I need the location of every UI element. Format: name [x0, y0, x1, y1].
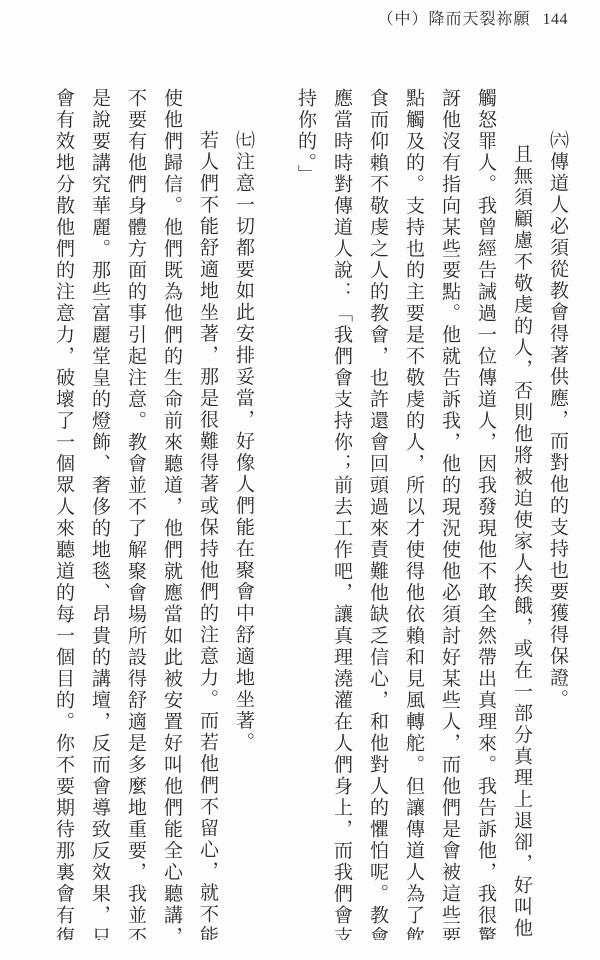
- text-column: 訝他沒有指向某些要點。他就告訴我，他的現況使他必須討好某些人，而他們是會被這些要: [436, 88, 463, 940]
- text-column: 應當時時對傳道人說：「我們會支持你；前去工作吧，讓真理澆灌在人們身上，而我們會支: [328, 88, 355, 940]
- text-column: 食而仰賴不敬虔之人的教會，也許還會回頭過來責難他缺乏信心，和他對人的懼怕呢。教會: [364, 88, 391, 940]
- text-column: 使他們歸信。他們既為他們的生命前來聽道，他們就應當如此被安置好叫他們能全心聽講，: [158, 88, 185, 940]
- text-column: 是說要講究華麗。那些富麗堂皇的燈飾、奢侈的地毯、昂貴的講壇，反而會導致反效果，只: [86, 88, 113, 940]
- text-column: 觸怒罪人。我曾經告誡過一位傳道人，因我發現他不敢全然帶出真理來。我告訴他，我很驚: [472, 88, 499, 940]
- book-page: （中）降而天裂祢願 144 ㈥傳道人必須從教會得著供應，而對他的支持也要獲得保證…: [0, 0, 600, 960]
- text-column: 會有效地分散他們的注意力，破壞了一個眾人來聽道的每一個目的。你不要期待那裏會有復: [50, 88, 77, 940]
- page-number: 144: [543, 11, 569, 29]
- text-column: 點觸及的。支持也的主要是不敬虔的人，所以才使得他依賴和見風轉舵。但讓傳道人為了飲: [400, 88, 427, 940]
- running-title: （中）降而天裂祢願: [377, 6, 530, 29]
- text-column: 不要有他們身體方面的事引起注意。教會並不了解聚會場所設得舒適是多麼地重要，我並不: [122, 88, 149, 940]
- text-column-section6-heading: ㈥傳道人必須從教會得著供應，而對他的支持也要獲得保證。: [544, 88, 571, 940]
- text-column: 且無須顧慮不敬虔的人，否則他將被迫使家人挨餓，或在一部分真理上退卻，好叫他不: [508, 88, 535, 940]
- vertical-text-body: ㈥傳道人必須從教會得著供應，而對他的支持也要獲得保證。 且無須顧慮不敬虔的人，否…: [49, 88, 571, 944]
- page-header: （中）降而天裂祢願 144: [377, 6, 568, 29]
- text-column: 若人們不能舒適地坐著，那是很難得著或保持他們的注意力。而若他們不留心，就不能: [194, 88, 221, 940]
- text-column-section7-heading: ㈦注意一切都要如此安排妥當，好像人們能在聚會中舒適地坐著。: [230, 88, 257, 940]
- text-column: 持你的。」: [292, 88, 319, 940]
